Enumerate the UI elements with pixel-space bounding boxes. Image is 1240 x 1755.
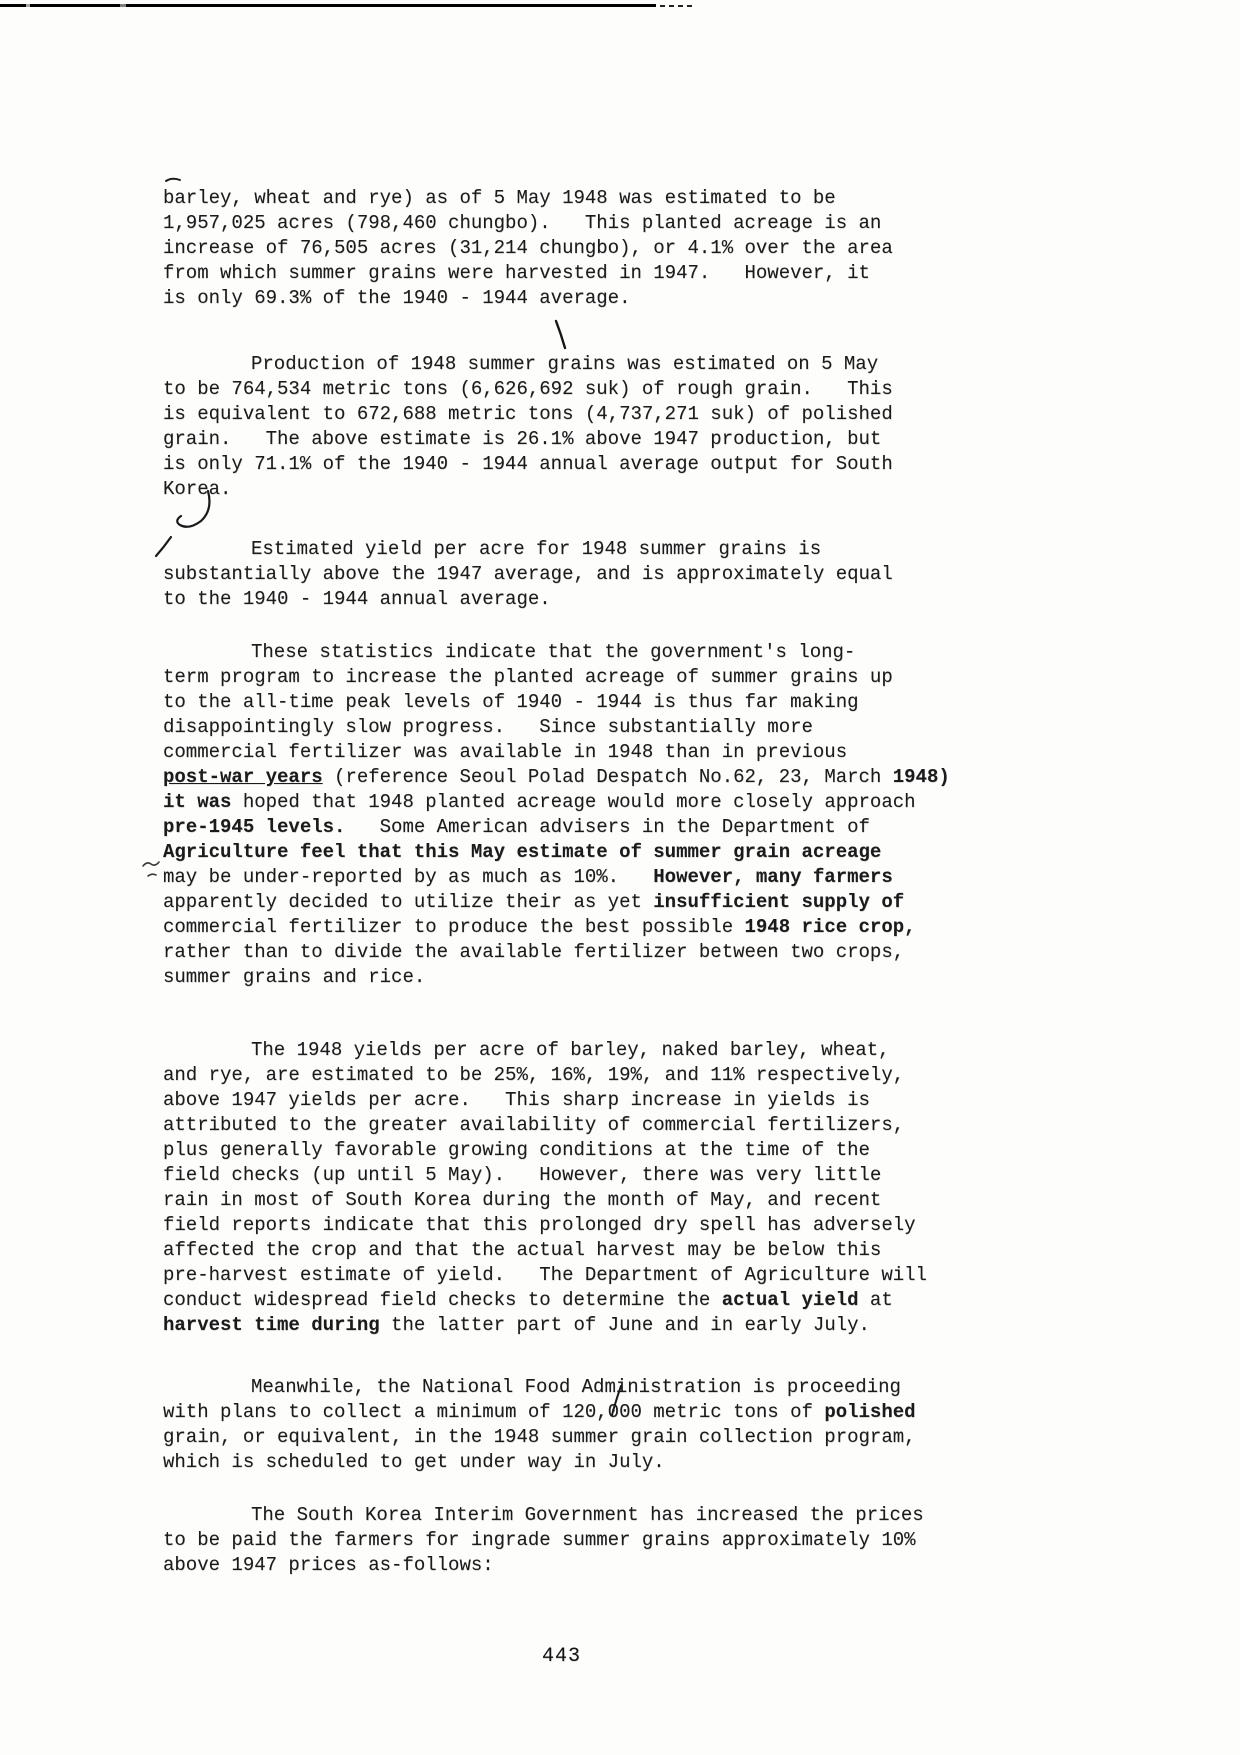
text-segment: may be under-reported by as much as 10%. [163, 866, 653, 888]
text-line: with plans to collect a minimum of 120,0… [163, 1400, 1043, 1425]
text-line: above 1947 yields per acre. This sharp i… [163, 1088, 1043, 1113]
text-line: The 1948 yields per acre of barley, nake… [163, 1038, 1043, 1063]
pen-overline-mark [166, 179, 180, 181]
text-line: barley, wheat and rye) as of 5 May 1948 … [163, 186, 1043, 211]
text-line: substantially above the 1947 average, an… [163, 562, 1043, 587]
text-line: above 1947 prices as-follows: [163, 1553, 1043, 1578]
text-line: which is scheduled to get under way in J… [163, 1450, 1043, 1475]
text-line: is equivalent to 672,688 metric tons (4,… [163, 402, 1043, 427]
text-line: harvest time during the latter part of J… [163, 1313, 1043, 1338]
text-line: attributed to the greater availability o… [163, 1113, 1043, 1138]
text-line: to the 1940 - 1944 annual average. [163, 587, 1043, 612]
text-line: post-war years (reference Seoul Polad De… [163, 765, 1043, 790]
text-segment: pre-1945 levels. [163, 816, 345, 838]
page-number: 443 [542, 1645, 581, 1668]
text-segment: (reference Seoul Polad Despatch No.62, 2… [323, 766, 893, 788]
text-line: is only 69.3% of the 1940 - 1944 average… [163, 286, 1043, 311]
text-segment: However, many farmers [653, 866, 892, 888]
text-line: to be paid the farmers for ingrade summe… [163, 1528, 1043, 1553]
text-line: commercial fertilizer was available in 1… [163, 740, 1043, 765]
text-segment: Some American advisers in the Department… [345, 816, 870, 838]
text-line: term program to increase the planted acr… [163, 665, 1043, 690]
text-segment: 1948) [893, 766, 950, 788]
text-line: to the all-time peak levels of 1940 - 19… [163, 690, 1043, 715]
text-segment: with plans to collect a minimum of 120,0… [163, 1401, 824, 1423]
text-line: field reports indicate that this prolong… [163, 1213, 1043, 1238]
text-segment: post-war years [163, 766, 323, 788]
text-segment: 1948 rice crop, [745, 916, 916, 938]
text-line: rather than to divide the available fert… [163, 940, 1043, 965]
text-line: apparently decided to utilize their as y… [163, 890, 1043, 915]
text-line: Production of 1948 summer grains was est… [163, 352, 1043, 377]
paragraph-1948-yields: The 1948 yields per acre of barley, nake… [163, 1038, 1043, 1338]
text-line: rain in most of South Korea during the m… [163, 1188, 1043, 1213]
paragraph-production-estimate: Production of 1948 summer grains was est… [163, 352, 1043, 502]
text-line: pre-1945 levels. Some American advisers … [163, 815, 1043, 840]
margin-squiggle-mark [143, 862, 159, 876]
text-line: grain, or equivalent, in the 1948 summer… [163, 1425, 1043, 1450]
text-segment: polished [824, 1401, 915, 1423]
text-line: summer grains and rice. [163, 965, 1043, 990]
text-segment: conduct widespread field checks to deter… [163, 1289, 722, 1311]
text-line: grain. The above estimate is 26.1% above… [163, 427, 1043, 452]
scan-edge-artifact-dashes [660, 5, 694, 7]
text-segment: actual yield [722, 1289, 859, 1311]
text-segment: insufficient supply of [653, 891, 904, 913]
text-line: plus generally favorable growing conditi… [163, 1138, 1043, 1163]
text-line: pre-harvest estimate of yield. The Depar… [163, 1263, 1043, 1288]
text-segment: Agriculture feel that this May estimate … [163, 841, 881, 863]
scan-edge-artifact [0, 4, 656, 7]
text-line: Meanwhile, the National Food Administrat… [163, 1375, 1043, 1400]
text-line: is only 71.1% of the 1940 - 1944 annual … [163, 452, 1043, 477]
text-line: The South Korea Interim Government has i… [163, 1503, 1043, 1528]
paragraph-planted-acreage: barley, wheat and rye) as of 5 May 1948 … [163, 186, 1043, 311]
text-line: it was hoped that 1948 planted acreage w… [163, 790, 1043, 815]
text-line: disappointingly slow progress. Since sub… [163, 715, 1043, 740]
text-line: to be 764,534 metric tons (6,626,692 suk… [163, 377, 1043, 402]
paragraph-government-program: These statistics indicate that the gover… [163, 640, 1043, 990]
paragraph-yield-per-acre: Estimated yield per acre for 1948 summer… [163, 537, 1043, 612]
text-line: conduct widespread field checks to deter… [163, 1288, 1043, 1313]
text-segment: at [859, 1289, 893, 1311]
text-segment: apparently decided to utilize their as y… [163, 891, 653, 913]
text-line: Agriculture feel that this May estimate … [163, 840, 1043, 865]
text-segment: the latter part of June and in early Jul… [380, 1314, 870, 1336]
document-text: barley, wheat and rye) as of 5 May 1948 … [163, 186, 1043, 1578]
document-page: barley, wheat and rye) as of 5 May 1948 … [0, 0, 1240, 1755]
text-segment: commercial fertilizer to produce the bes… [163, 916, 745, 938]
text-line: increase of 76,505 acres (31,214 chungbo… [163, 236, 1043, 261]
text-line: Estimated yield per acre for 1948 summer… [163, 537, 1043, 562]
text-line: may be under-reported by as much as 10%.… [163, 865, 1043, 890]
text-line: 1,957,025 acres (798,460 chungbo). This … [163, 211, 1043, 236]
paragraph-collection-program: Meanwhile, the National Food Administrat… [163, 1375, 1043, 1475]
text-line: affected the crop and that the actual ha… [163, 1238, 1043, 1263]
text-line: Korea. [163, 477, 1043, 502]
text-line: field checks (up until 5 May). However, … [163, 1163, 1043, 1188]
text-segment: harvest time during [163, 1314, 380, 1336]
text-segment: it was [163, 791, 231, 813]
text-line: from which summer grains were harvested … [163, 261, 1043, 286]
text-line: commercial fertilizer to produce the bes… [163, 915, 1043, 940]
text-line: and rye, are estimated to be 25%, 16%, 1… [163, 1063, 1043, 1088]
text-line: These statistics indicate that the gover… [163, 640, 1043, 665]
paragraph-grain-prices: The South Korea Interim Government has i… [163, 1503, 1043, 1578]
text-segment: hoped that 1948 planted acreage would mo… [231, 791, 915, 813]
